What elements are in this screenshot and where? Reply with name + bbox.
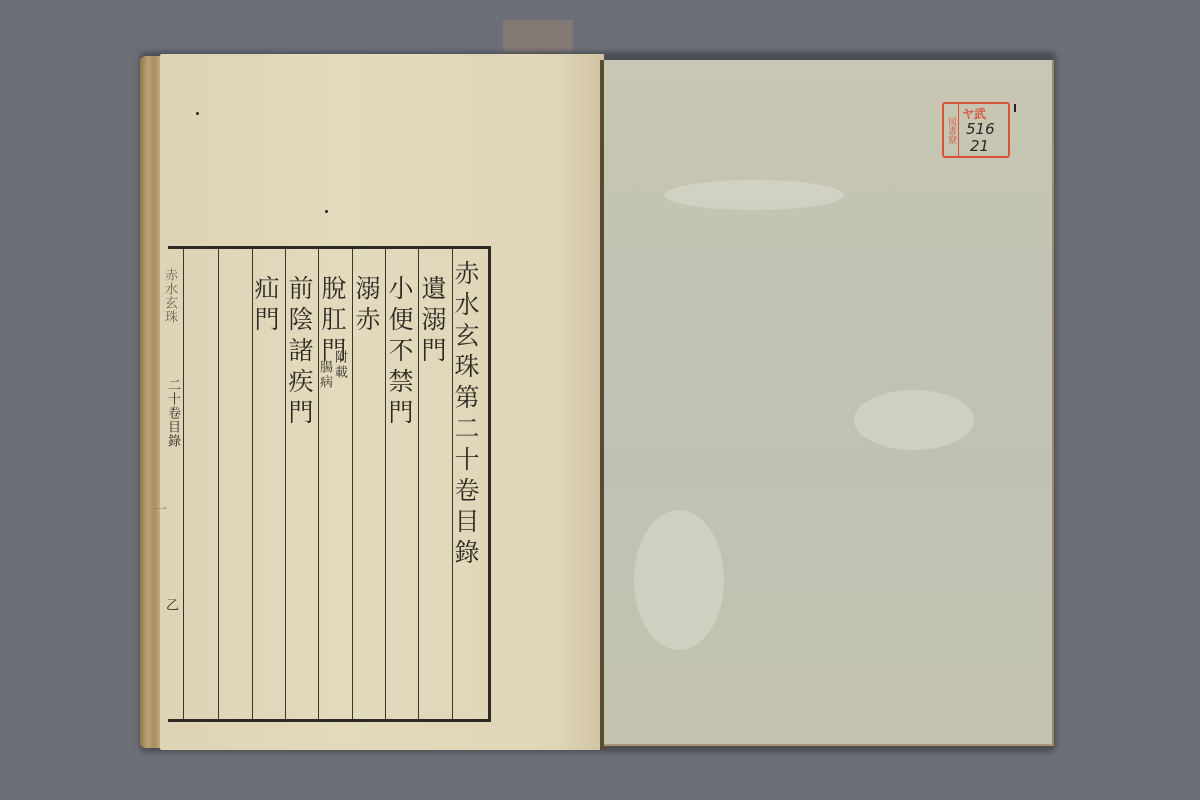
fore-edge-title: 赤水玄珠 (163, 268, 176, 324)
toc-annotation: 腸病 (318, 360, 331, 390)
library-stamp: 図書寮 ヤ武 516 21 (942, 102, 1010, 158)
volume-title: 赤水玄珠第二十卷目錄 (453, 260, 478, 570)
toc-entry: 遺溺門 (420, 275, 445, 368)
archive-label-tab (503, 20, 573, 52)
fore-edge-label: 二十卷目錄 (166, 378, 179, 448)
paper-fiber (664, 180, 844, 210)
ink-mark (1014, 104, 1016, 112)
toc-annotation: 附載 (333, 350, 346, 380)
stamp-number-top: 516 (966, 120, 995, 138)
toc-entry: 前陰諸疾門 (287, 275, 312, 430)
ink-speck (196, 112, 199, 115)
fore-edge-bottom-mark: 乙 (164, 598, 177, 612)
toc-entry: 溺赤 (354, 275, 379, 337)
paper-fiber (634, 510, 724, 650)
toc-entry: 疝門 (253, 275, 278, 337)
column-rule (183, 249, 184, 719)
column-rule (218, 249, 219, 719)
paper-fiber (854, 390, 974, 450)
stamp-number-bottom: 21 (970, 137, 989, 155)
fore-edge-page-mark: 一 (152, 502, 165, 516)
stamp-side-label: 図書寮 (944, 104, 959, 156)
toc-entry: 小便不禁門 (387, 275, 412, 430)
right-page (604, 60, 1054, 746)
ink-speck (325, 210, 328, 213)
